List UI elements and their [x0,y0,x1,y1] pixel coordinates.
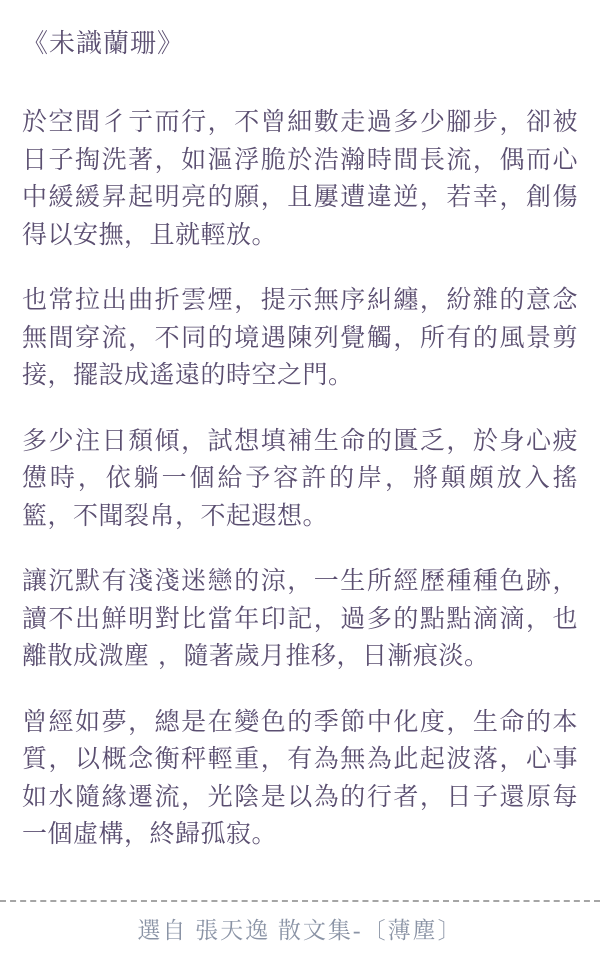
footer-divider: 選自 張天逸 散文集-〔薄塵〕 [0,900,600,945]
essay-content: 《未識蘭珊》 於空間彳亍而行，不曾細數走過多少腳步，卻被日子掏洗著，如漚浮脆於浩… [22,26,578,881]
essay-page: 《未識蘭珊》 於空間彳亍而行，不曾細數走過多少腳步，卻被日子掏洗著，如漚浮脆於浩… [0,0,600,954]
essay-paragraph-3: 多少注日頹傾，試想填補生命的匱乏，於身心疲憊時，依躺一個給予容許的岸，將顛頗放入… [22,422,578,535]
essay-paragraph-2: 也常拉出曲折雲煙，提示無序糾纏，紛雜的意念無間穿流，不同的境遇陳列覺觸，所有的風… [22,281,578,394]
essay-paragraph-4: 讓沉默有淺淺迷戀的涼，一生所經歷種種色跡，讀不出鮮明對比當年印記，過多的點點滴滴… [22,562,578,675]
attribution-text: 選自 張天逸 散文集-〔薄塵〕 [137,918,462,943]
essay-paragraph-1: 於空間彳亍而行，不曾細數走過多少腳步，卻被日子掏洗著，如漚浮脆於浩瀚時間長流，偶… [22,103,578,253]
essay-title: 《未識蘭珊》 [22,26,578,63]
essay-paragraph-5: 曾經如夢，總是在變色的季節中化度，生命的本質，以概念衡秤輕重，有為無為此起波落，… [22,703,578,853]
